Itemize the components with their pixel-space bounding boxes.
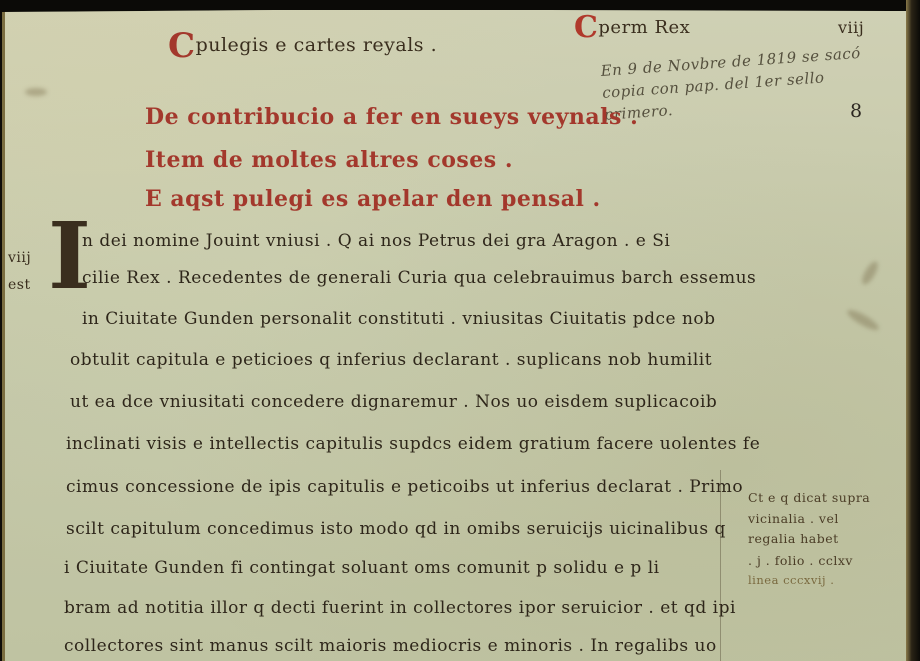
text-line: scilt capitulum concedimus isto modo qd … [66,519,726,539]
margin-note: viij [8,250,31,266]
marginal-gloss-line: linea cccxvij . [748,573,834,587]
marginal-gloss-line: Ct e q dicat supra [748,490,870,505]
text-line: collectores sint manus scilt maioris med… [64,636,717,656]
folio-number: viij [838,18,864,37]
ink-stain [25,88,47,96]
rubric-line: E aqst pulegi es apelar den pensal . [145,186,601,212]
rubric-line: Item de moltes altres coses . [145,147,513,173]
running-head-initial: C [168,26,196,66]
running-head: Cpulegis e cartes reyals . [168,26,437,66]
king-heading-initial: C [574,10,598,45]
text-line: bram ad notitia illor q decti fuerint in… [64,598,736,618]
decorated-initial: I [48,210,91,302]
margin-ruling-line [720,470,721,661]
page-right-edge [906,0,920,661]
margin-note: est [8,277,31,293]
marginal-gloss-line: vicinalia . vel [748,511,839,526]
ink-stain [845,307,881,334]
text-line: cimus concessione de ipis capitulis e pe… [66,477,743,497]
pencil-folio-number: 8 [850,100,863,122]
text-line: n dei nomine Jouint vniusi . Q ai nos Pe… [82,231,670,251]
text-line: ut ea dce vniusitati concedere dignaremu… [70,392,717,412]
running-head-text: pulegis e cartes reyals . [196,34,438,56]
king-heading: Cperm Rex [574,10,690,45]
ink-stain [859,259,881,287]
text-line: cilie Rex . Recedentes de generali Curia… [82,268,756,288]
marginal-gloss-line: regalia habet [748,531,839,546]
text-line: obtulit capitula e peticioes q inferius … [70,350,712,370]
marginal-gloss-line: . j . folio . cclxv [748,553,853,568]
text-line: inclinati visis e intellectis capitulis … [66,434,760,454]
text-line: in Ciuitate Gunden personalit constituti… [82,309,716,329]
text-line: i Ciuitate Gunden fi contingat soluant o… [64,558,660,578]
rubric-line: De contribucio a fer en sueys veynals . [145,104,638,130]
king-heading-text: perm Rex [598,17,690,38]
